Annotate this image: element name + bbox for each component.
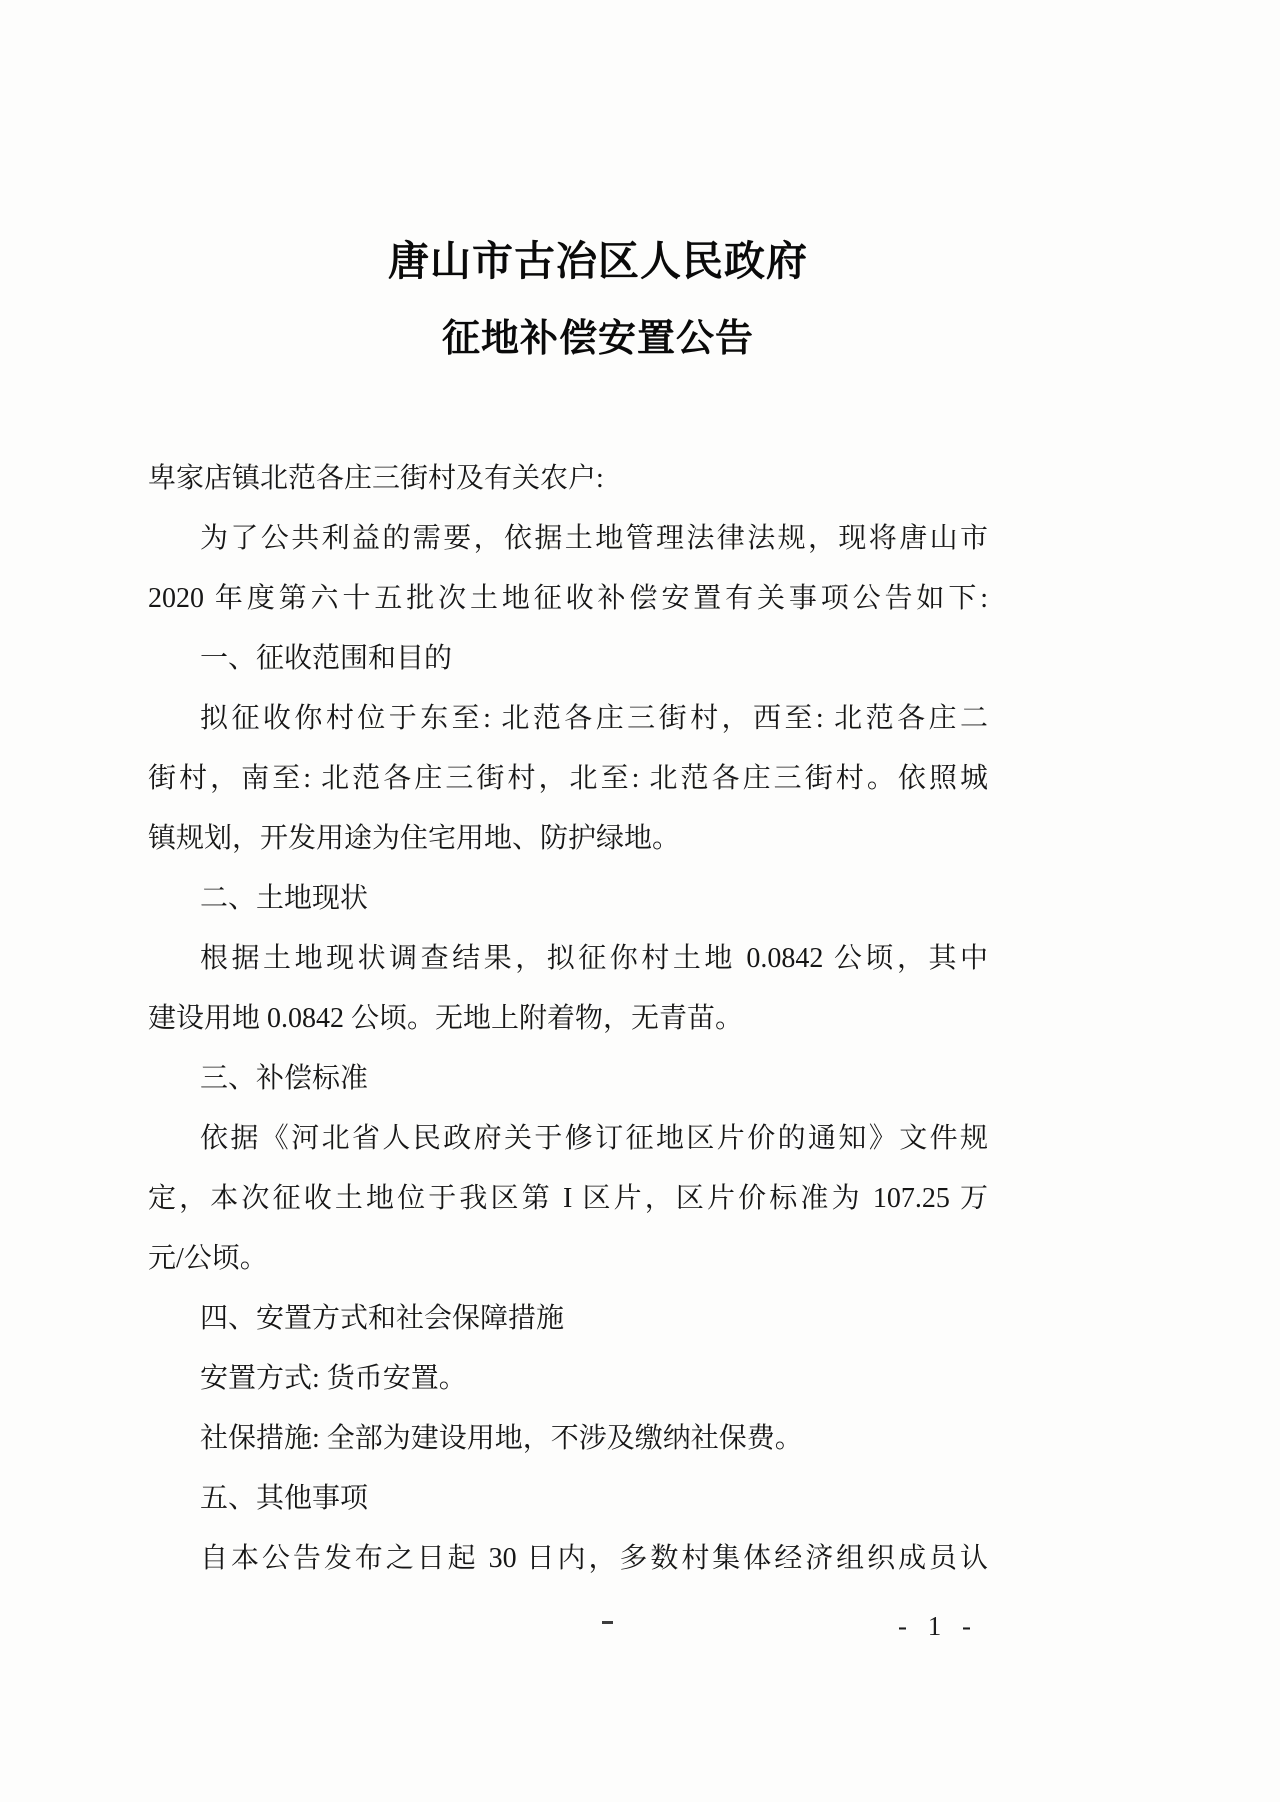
body-line-heading-3: 三、补偿标准 — [148, 1049, 988, 1109]
body-line-heading-5: 五、其他事项 — [148, 1469, 988, 1529]
scanned-document-page: 唐山市古冶区人民政府 征地补偿安置公告 卑家店镇北范各庄三街村及有关农户: 为了… — [0, 0, 1280, 1802]
body-line-heading-2: 二、土地现状 — [148, 869, 988, 929]
body-line: 安置方式: 货币安置。 — [148, 1349, 988, 1409]
body-line-heading-4: 四、安置方式和社会保障措施 — [148, 1289, 988, 1349]
body-line: 依据《河北省人民政府关于修订征地区片价的通知》文件规 — [148, 1109, 988, 1169]
body-line-heading-1: 一、征收范围和目的 — [148, 629, 988, 689]
document-title: 唐山市古冶区人民政府 征地补偿安置公告 — [178, 222, 1018, 378]
document-body: 卑家店镇北范各庄三街村及有关农户: 为了公共利益的需要，依据土地管理法律法规，现… — [148, 449, 988, 1589]
body-line: 定，本次征收土地位于我区第 I 区片，区片价标准为 107.25 万 — [148, 1169, 988, 1229]
page-number: - 1 - — [898, 1606, 978, 1646]
body-line: 为了公共利益的需要，依据土地管理法律法规，现将唐山市 — [148, 509, 988, 569]
body-line-salutation: 卑家店镇北范各庄三街村及有关农户: — [148, 449, 988, 509]
body-line: 元/公顷。 — [148, 1229, 988, 1289]
title-line-2: 征地补偿安置公告 — [178, 300, 1018, 378]
body-line: 社保措施: 全部为建设用地，不涉及缴纳社保费。 — [148, 1409, 988, 1469]
body-line: 镇规划，开发用途为住宅用地、防护绿地。 — [148, 809, 988, 869]
body-line: 2020 年度第六十五批次土地征收补偿安置有关事项公告如下: — [148, 569, 988, 629]
body-line: 街村，南至: 北范各庄三街村，北至: 北范各庄三街村。依照城 — [148, 749, 988, 809]
body-line: 建设用地 0.0842 公顷。无地上附着物，无青苗。 — [148, 989, 988, 1049]
title-line-1: 唐山市古冶区人民政府 — [178, 222, 1018, 300]
body-line: 自本公告发布之日起 30 日内，多数村集体经济组织成员认 — [148, 1529, 988, 1589]
body-line: 根据土地现状调查结果，拟征你村土地 0.0842 公顷，其中 — [148, 929, 988, 989]
footer-scan-dash-mark — [602, 1621, 613, 1624]
body-line: 拟征收你村位于东至: 北范各庄三街村，西至: 北范各庄二 — [148, 689, 988, 749]
